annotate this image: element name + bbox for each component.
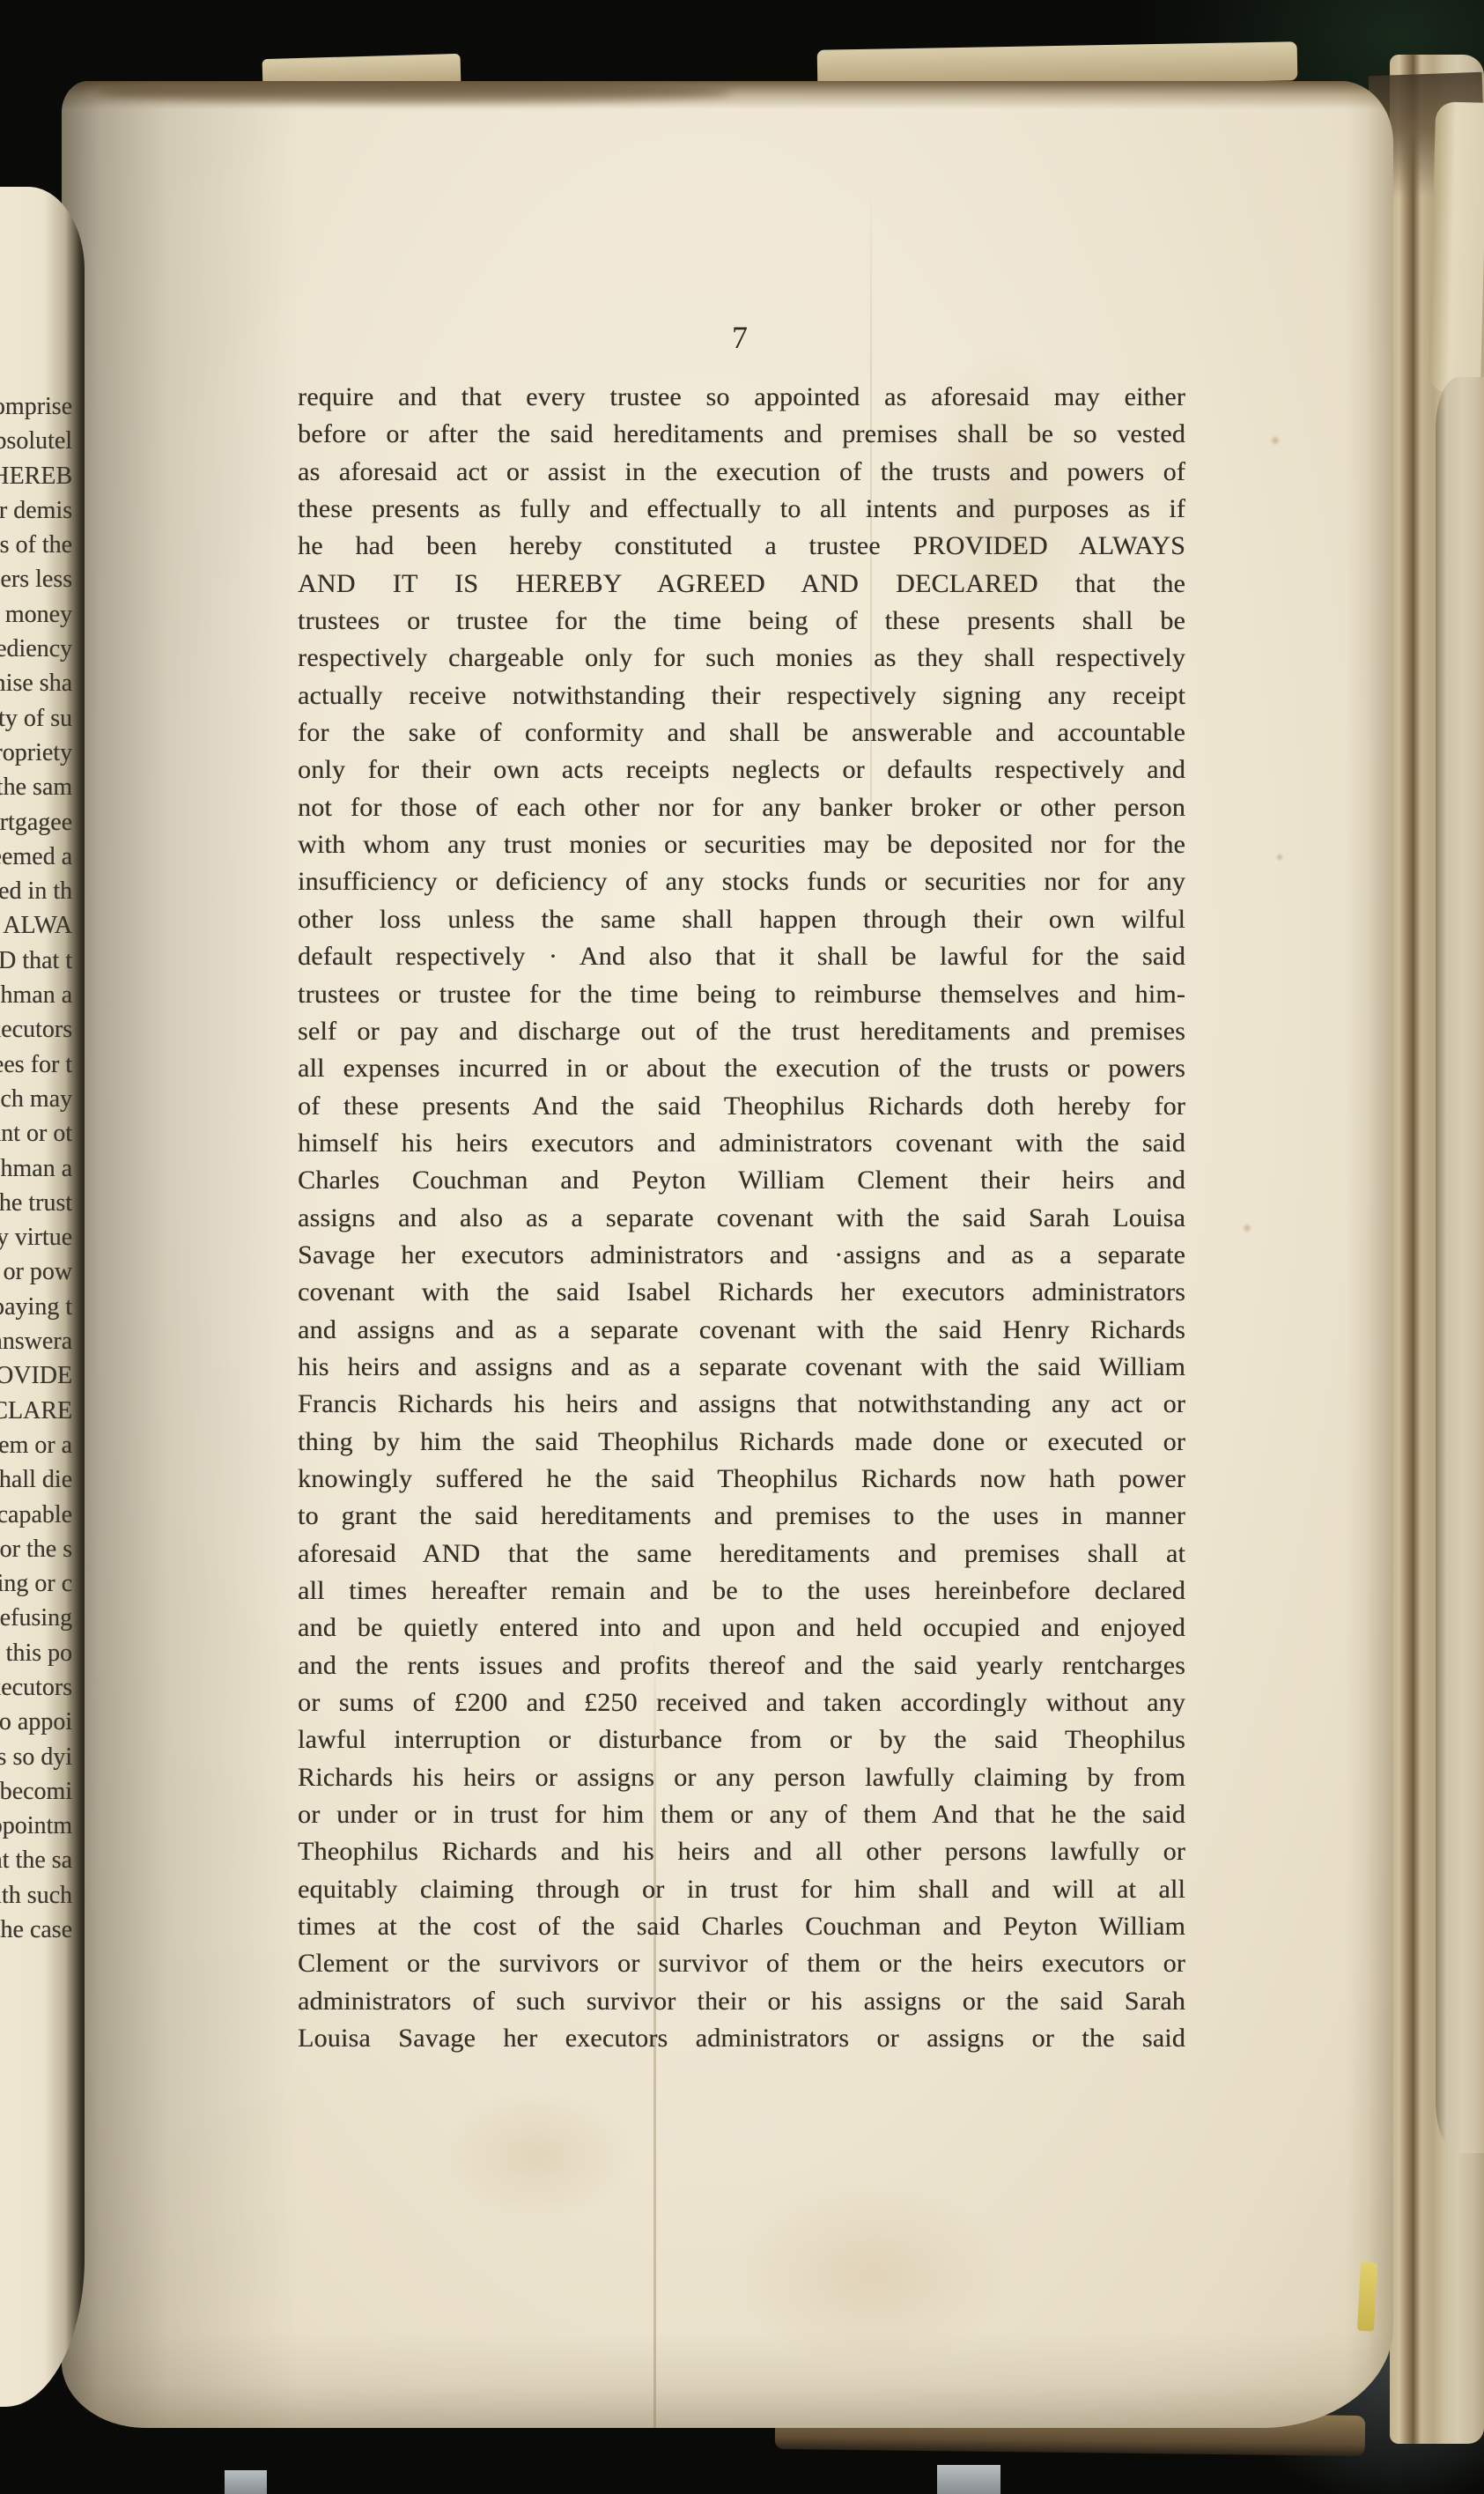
left-page-text-fragment: ned in th (0, 874, 72, 908)
text-line: of these presents And the said Theophilu… (298, 1088, 1185, 1125)
text-line: as aforesaid act or assist in the execut… (298, 454, 1185, 491)
left-page-text-fragment: uchman a (0, 1151, 72, 1186)
text-line: Charles Couchman and Peyton William Clem… (298, 1162, 1185, 1199)
text-line: or sums of £200 and £250 received and ta… (298, 1684, 1185, 1721)
left-page-text-fragment: stees so dyi (0, 1740, 72, 1774)
foxing-spot (1270, 435, 1281, 446)
right-edge-shadow (1346, 81, 1393, 2428)
left-page-text-fragment: executors (0, 1012, 72, 1047)
left-page-text-fragment: ant or ot (0, 1116, 72, 1151)
text-line: to grant the said hereditaments and prem… (298, 1498, 1185, 1535)
text-line: he had been hereby constituted a trustee… (298, 528, 1185, 565)
text-line: not for those of each other nor for any … (298, 789, 1185, 826)
left-page-text-fragment: ortgagee (0, 805, 72, 840)
text-line: all times hereafter remain and be to the… (298, 1573, 1185, 1610)
text-line: with whom any trust monies or securities… (298, 826, 1185, 863)
text-line: administrators of such survivor their or… (298, 1983, 1185, 2020)
text-line: trustees or trustee for the time being o… (298, 603, 1185, 640)
text-line: knowingly suffered he the said Theophilu… (298, 1461, 1185, 1498)
left-page-text-fragment: of this po (0, 1636, 72, 1670)
left-page-text-fragment: pediency (0, 632, 72, 666)
text-line: require and that every trustee so appoin… (298, 379, 1185, 416)
text-line: all expenses incurred in or about the ex… (298, 1050, 1185, 1087)
text-line: Louisa Savage her executors administrato… (298, 2020, 1185, 2057)
text-line: only for their own acts receipts neglect… (298, 751, 1185, 788)
bottom-shadow (62, 2331, 1393, 2428)
paper-stain (440, 2090, 634, 2222)
body-text-block: require and that every trustee so appoin… (298, 379, 1185, 2057)
left-page-text-fragment: uchman a (0, 978, 72, 1012)
text-line: insufficiency or deficiency of any stock… (298, 863, 1185, 900)
text-line: assigns and also as a separate covenant … (298, 1200, 1185, 1237)
scanner-tab (225, 2470, 267, 2494)
text-line: self or pay and discharge out of the tru… (298, 1013, 1185, 1050)
left-page-text-fragment: r the trust (0, 1186, 72, 1220)
text-line: and the rents issues and profits thereof… (298, 1647, 1185, 1684)
left-page-text-fragment: ts or pow (0, 1254, 72, 1289)
left-page-text-fragment: for the s (0, 1532, 72, 1566)
left-page-text-fragment: HEREB (0, 459, 72, 493)
left-page-text-fragment: comprise (0, 389, 72, 424)
text-line: for the sake of conformity and shall be … (298, 714, 1185, 751)
text-line: times at the cost of the said Charles Co… (298, 1908, 1185, 1945)
text-line: actually receive notwithstanding their r… (298, 677, 1185, 714)
left-page-text-fragment: PROVIDE (0, 1358, 72, 1393)
text-line: himself his heirs executors and administ… (298, 1125, 1185, 1162)
left-page-text-fragment: e or demis (0, 493, 72, 528)
underlying-page-leaf (1436, 377, 1484, 2153)
left-page-text-fragment: with such (0, 1878, 72, 1913)
left-page-text-fragment: g answera (0, 1324, 72, 1358)
left-page-text-fragment: shall die (0, 1462, 72, 1497)
left-page-text-fragment: DECLARE (0, 1394, 72, 1428)
left-page-text-fragment: appointm (0, 1809, 72, 1843)
left-page-text-fragment: emise sha (0, 666, 72, 700)
left-page-text-fragment: by virtue (0, 1220, 72, 1254)
left-page-text-fragment: them or a (0, 1428, 72, 1462)
text-line: and assigns and as a separate covenant w… (298, 1312, 1185, 1349)
left-page-text-fragment: e to appoi (0, 1705, 72, 1739)
text-line: Theophilus Richards and his heirs and al… (298, 1833, 1185, 1870)
text-line: AND IT IS HEREBY AGREED AND DECLARED tha… (298, 566, 1185, 603)
yellow-page-edge (1357, 2262, 1377, 2332)
left-page-text-fragment: se the sam (0, 770, 72, 804)
text-line: respectively chargeable only for such mo… (298, 640, 1185, 677)
left-page-text-fragments: compriseabsolutelHEREBe or demisrs of th… (0, 389, 72, 1947)
left-page-text-fragment: D that t (0, 944, 72, 978)
page-edge-sliver (1429, 101, 1484, 393)
page-number: 7 (703, 319, 777, 358)
left-page-text-fragment: deemed a (0, 840, 72, 874)
text-line: Savage her executors administrators and … (298, 1237, 1185, 1274)
gutter-shadow (62, 81, 299, 2428)
text-line: other loss unless the same shall happen … (298, 901, 1185, 938)
left-page-text-fragment: the case (0, 1913, 72, 1947)
text-line: these presents as fully and effectually … (298, 491, 1185, 528)
document-page: 7 require and that every trustee so appo… (62, 81, 1393, 2428)
foxing-spot (1275, 853, 1284, 862)
left-page-text-fragment: executors (0, 1670, 72, 1705)
left-page-text-fragment: rs of the (0, 528, 72, 562)
text-line: before or after the said hereditaments a… (298, 416, 1185, 453)
previous-page-curled-edge: compriseabsolutelHEREBe or demisrs of th… (0, 187, 85, 2407)
text-line: lawful interruption or disturbance from … (298, 1721, 1185, 1758)
text-line: his heirs and assigns and as a separate … (298, 1349, 1185, 1386)
left-page-text-fragment: propriety (0, 736, 72, 770)
text-line: or under or in trust for him them or any… (298, 1796, 1185, 1833)
left-page-text-fragment: g or becomi (0, 1774, 72, 1809)
left-page-text-fragment: y money (0, 597, 72, 632)
left-page-text-fragment: a refusing (0, 1601, 72, 1635)
left-page-text-fragment: asers less (0, 562, 72, 596)
left-page-text-fragment: that the sa (0, 1843, 72, 1877)
text-line: covenant with the said Isabel Richards h… (298, 1274, 1185, 1311)
book-scan: 7 require and that every trustee so appo… (0, 0, 1484, 2494)
text-line: aforesaid AND that the same hereditament… (298, 1536, 1185, 1573)
left-page-text-fragment: s paying t (0, 1290, 72, 1324)
left-page-text-fragment: incapable (0, 1498, 72, 1532)
left-page-text-fragment: D ALWA (0, 908, 72, 943)
foxing-spot (1242, 1223, 1252, 1233)
scanner-tab (937, 2465, 1000, 2494)
left-page-text-fragment: ity of su (0, 701, 72, 736)
left-page-text-fragment: which may (0, 1082, 72, 1116)
text-line: and be quietly entered into and upon and… (298, 1610, 1185, 1647)
left-page-text-fragment: absolutel (0, 424, 72, 458)
text-line: equitably claiming through or in trust f… (298, 1871, 1185, 1908)
paper-stain (731, 2178, 1013, 2372)
text-line: Clement or the survivors or survivor of … (298, 1945, 1185, 1982)
text-line: default respectively · And also that it … (298, 938, 1185, 975)
text-line: Francis Richards his heirs and assigns t… (298, 1386, 1185, 1423)
text-line: thing by him the said Theophilus Richard… (298, 1424, 1185, 1461)
text-line: Richards his heirs or assigns or any per… (298, 1759, 1185, 1796)
left-page-text-fragment: stees for t (0, 1047, 72, 1082)
left-page-text-fragment: ving or c (0, 1566, 72, 1601)
text-line: trustees or trustee for the time being t… (298, 976, 1185, 1013)
